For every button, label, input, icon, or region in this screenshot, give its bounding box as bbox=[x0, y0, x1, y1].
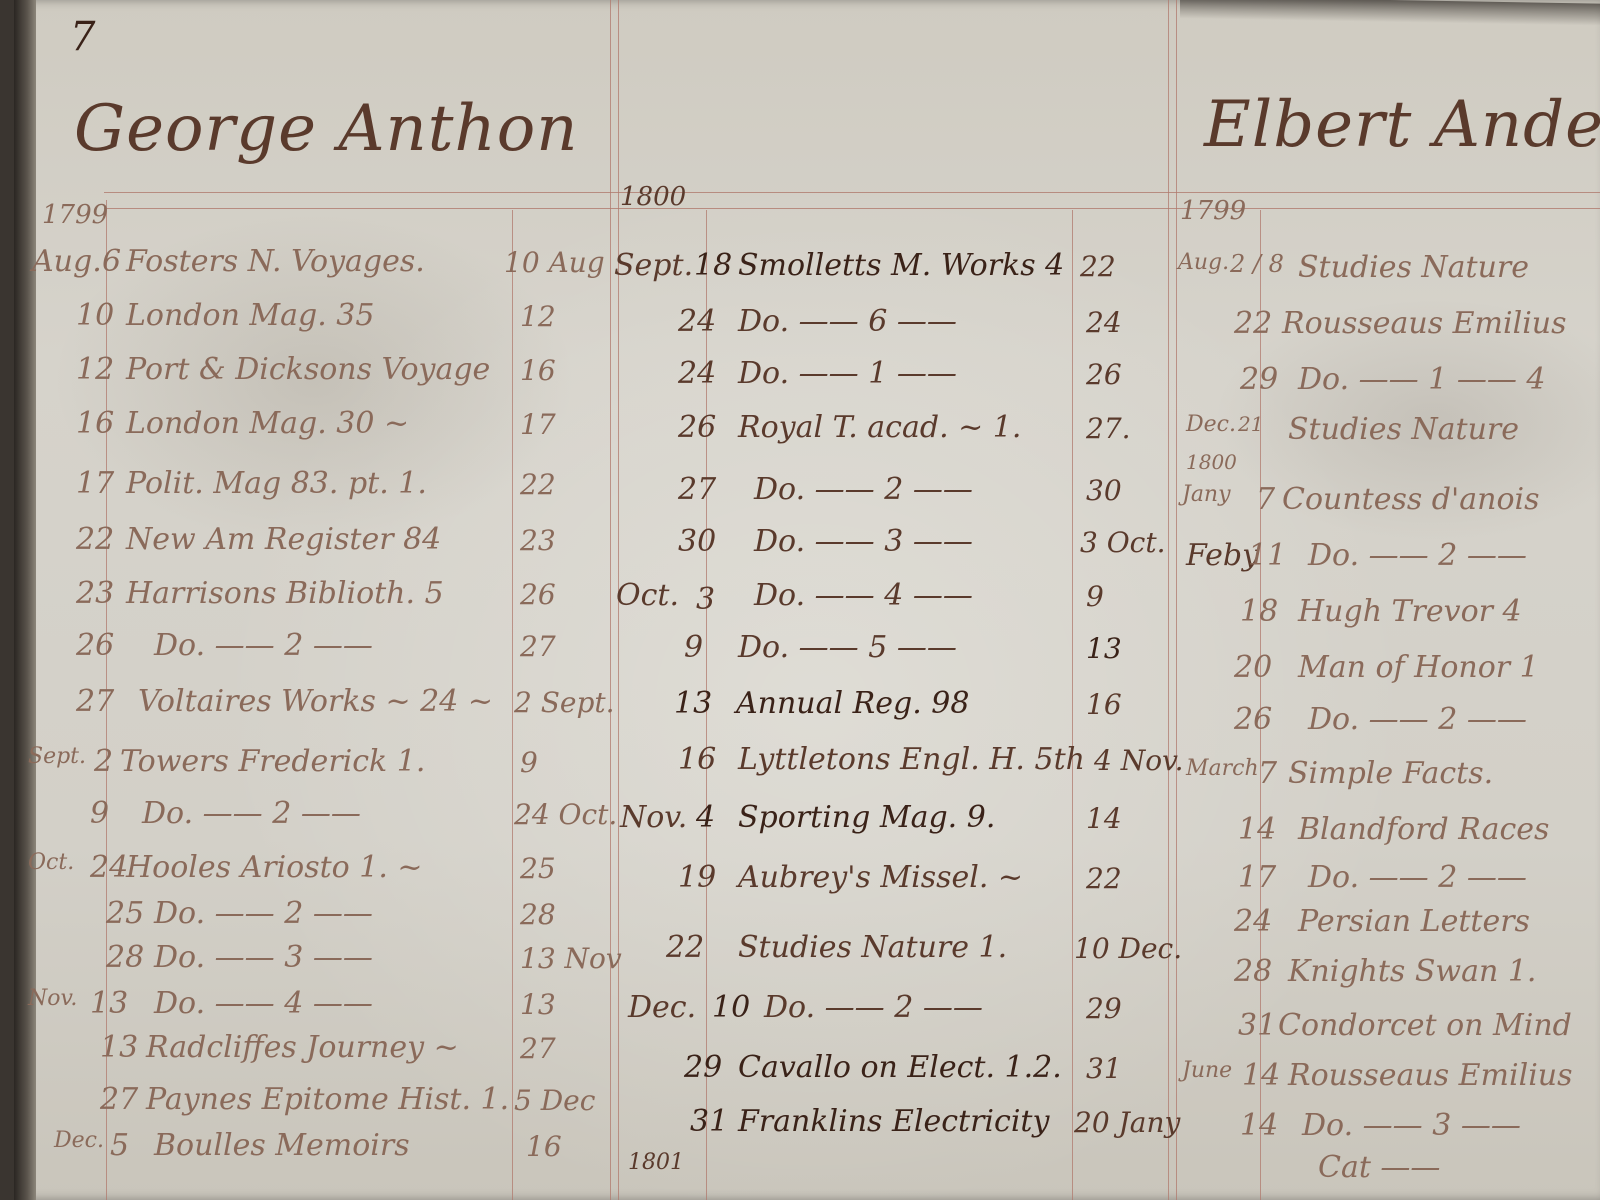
ledger-row: Aug. 6 Fosters N. Voyages. 10 Aug bbox=[14, 244, 614, 300]
entry-day: 16 bbox=[76, 406, 114, 441]
entry-month: Sept. bbox=[614, 248, 693, 283]
entry-month: March bbox=[1186, 756, 1259, 781]
entry-title: Do. —— 3 —— bbox=[154, 940, 373, 975]
entry-day: 13 bbox=[100, 1030, 138, 1065]
ledger-row: Oct. 3 Do. —— 4 —— 9 bbox=[614, 578, 1174, 634]
entry-day: 14 bbox=[1242, 1058, 1280, 1093]
ledger-row: 1801 bbox=[614, 1150, 1174, 1200]
ledger-row: 17 Polit. Mag 83. pt. 1. 22 bbox=[14, 466, 614, 522]
entry-month: Aug. bbox=[1178, 250, 1229, 275]
entry-day: 29 bbox=[1240, 362, 1278, 397]
ledger-row: 16 London Mag. 30 ~ 17 bbox=[14, 406, 614, 462]
entry-returned: 3 Oct. bbox=[1080, 526, 1166, 559]
entry-returned: 2 Sept. bbox=[514, 686, 615, 719]
entry-day: 4 bbox=[696, 800, 715, 835]
entry-day: 24 bbox=[678, 304, 716, 339]
ledger-row: 12 Port & Dicksons Voyage 16 bbox=[14, 352, 614, 408]
entry-returned: 17 bbox=[520, 408, 556, 441]
entry-day: 7 bbox=[1258, 756, 1277, 791]
entry-returned: 9 bbox=[520, 746, 538, 779]
entry-title: Do. —— 3 —— bbox=[1302, 1108, 1521, 1143]
ledger-row: 19 Aubrey's Missel. ~ 22 bbox=[614, 860, 1174, 916]
ledger-row: Feby 11 Do. —— 2 —— bbox=[1178, 538, 1598, 594]
entry-returned: 30 bbox=[1086, 474, 1122, 507]
ledger-row: 31 Condorcet on Mind bbox=[1178, 1008, 1598, 1064]
ledger-row: Dec. 5 Boulles Memoirs 16 bbox=[14, 1128, 614, 1184]
ledger-row: 16 Lyttletons Engl. H. 5th 4 Nov. bbox=[614, 742, 1174, 798]
entry-returned: 27. bbox=[1086, 412, 1131, 445]
column-rule bbox=[1176, 0, 1177, 1200]
entry-day: 28 bbox=[106, 940, 144, 975]
entry-title: Hooles Ariosto 1. ~ bbox=[126, 850, 423, 885]
entry-title: Do. —— 6 —— bbox=[738, 304, 957, 339]
entry-returned: 12 bbox=[520, 300, 556, 333]
entry-title: Sporting Mag. 9. bbox=[738, 800, 995, 835]
entry-title: Voltaires Works ~ 24 ~ bbox=[138, 684, 493, 719]
ledger-page: 7 George Anthon Elbert Anderson 1799 180… bbox=[14, 0, 1600, 1200]
ledger-row: March 7 Simple Facts. bbox=[1178, 756, 1598, 812]
entry-title: Smolletts M. Works 4 bbox=[738, 248, 1064, 283]
ledger-row: 22 New Am Register 84 23 bbox=[14, 522, 614, 578]
entry-day: 26 bbox=[76, 628, 114, 663]
entry-day: 2 bbox=[94, 744, 113, 779]
entry-day: 6 bbox=[102, 244, 121, 279]
entry-title: Blandford Races bbox=[1298, 812, 1549, 847]
entry-title: Studies Nature bbox=[1288, 412, 1519, 447]
entry-returned: 26 bbox=[520, 578, 556, 611]
entry-day: 14 bbox=[1238, 812, 1276, 847]
entry-month: Jany bbox=[1182, 482, 1231, 507]
entry-returned: 16 bbox=[520, 354, 556, 387]
header-rule bbox=[104, 192, 1600, 193]
ledger-row: Sept. 18 Smolletts M. Works 4 22 bbox=[614, 248, 1174, 304]
ledger-row: 26 Do. —— 2 —— bbox=[1178, 702, 1598, 758]
entry-title: Aubrey's Missel. ~ bbox=[738, 860, 1023, 895]
account-name-right: Elbert Anderson bbox=[1204, 88, 1600, 162]
year-left: 1799 bbox=[42, 200, 108, 230]
entry-day: 17 bbox=[76, 466, 114, 501]
entry-title: Fosters N. Voyages. bbox=[126, 244, 425, 279]
ledger-row: 27 Voltaires Works ~ 24 ~ 2 Sept. bbox=[14, 684, 614, 740]
ledger-row: Aug. 2 / 8 Studies Nature bbox=[1178, 250, 1598, 306]
entry-returned: 16 bbox=[1086, 688, 1122, 721]
entry-title: Countess d'anois bbox=[1282, 482, 1540, 517]
entry-title: Simple Facts. bbox=[1288, 756, 1493, 791]
entry-month: Sept. bbox=[28, 744, 86, 769]
entry-day: 31 bbox=[1238, 1008, 1276, 1043]
entry-month: June bbox=[1182, 1058, 1232, 1083]
entry-title: Do. —— 2 —— bbox=[154, 896, 373, 931]
entry-title: Franklins Electricity bbox=[738, 1104, 1049, 1139]
entry-returned: 10 Dec. bbox=[1074, 932, 1182, 965]
ledger-row: 13 Radcliffes Journey ~ 27 bbox=[14, 1030, 614, 1086]
entry-returned: 27 bbox=[520, 1032, 556, 1065]
entry-title: Polit. Mag 83. pt. 1. bbox=[126, 466, 427, 501]
entry-day: 24 bbox=[678, 356, 716, 391]
ledger-row: 26 Royal T. acad. ~ 1. 27. bbox=[614, 410, 1174, 466]
year-right: 1799 bbox=[1180, 196, 1246, 226]
entry-title: New Am Register 84 bbox=[126, 522, 441, 557]
entry-returned: 31 bbox=[1086, 1052, 1122, 1085]
entry-returned: 25 bbox=[520, 852, 556, 885]
entry-returned: 20 Jany bbox=[1074, 1106, 1180, 1139]
entry-day: 7 bbox=[1256, 482, 1275, 517]
entry-title: Port & Dicksons Voyage bbox=[126, 352, 490, 387]
entry-returned: 26 bbox=[1086, 358, 1122, 391]
entry-title: London Mag. 30 ~ bbox=[126, 406, 409, 441]
entry-title: Rousseaus Emilius bbox=[1288, 1058, 1573, 1093]
ledger-row: 26 Do. —— 2 —— 27 bbox=[14, 628, 614, 684]
entry-day: 17 bbox=[1238, 860, 1276, 895]
entry-day: 30 bbox=[678, 524, 716, 559]
entry-month: Dec. bbox=[1186, 412, 1236, 437]
ledger-row: 24 Persian Letters bbox=[1178, 904, 1598, 960]
page-shadow bbox=[1180, 0, 1600, 26]
entry-day: 19 bbox=[678, 860, 716, 895]
ledger-row: 18 Hugh Trevor 4 bbox=[1178, 594, 1598, 650]
entry-title: Do. —— 1 —— 4 bbox=[1298, 362, 1545, 397]
entry-day: 16 bbox=[678, 742, 716, 777]
entry-returned: 24 Oct. bbox=[514, 798, 617, 831]
entry-day: 22 bbox=[666, 930, 704, 965]
entry-day: 21 bbox=[1238, 412, 1263, 436]
entry-title: Cavallo on Elect. 1.2. bbox=[738, 1050, 1062, 1085]
entry-title: Do. —— 2 —— bbox=[1308, 538, 1527, 573]
ledger-row: 9 Do. —— 2 —— 24 Oct. bbox=[14, 796, 614, 852]
entry-returned: 27 bbox=[520, 630, 556, 663]
entry-day: 26 bbox=[1234, 702, 1272, 737]
entry-day: 18 bbox=[1240, 594, 1278, 629]
entry-title: Paynes Epitome Hist. 1. bbox=[146, 1082, 509, 1117]
entry-day: 24 bbox=[90, 850, 128, 885]
entry-title: Harrisons Biblioth. 5 bbox=[126, 576, 444, 611]
entry-day: 18 bbox=[694, 248, 732, 283]
entry-month: Dec. bbox=[628, 990, 696, 1025]
ledger-row: 24 Do. —— 1 —— 26 bbox=[614, 356, 1174, 412]
ledger-row: 22 Studies Nature 1. 10 Dec. bbox=[614, 930, 1174, 986]
entry-day: 13 bbox=[90, 986, 128, 1021]
entry-returned: 5 Dec bbox=[514, 1084, 595, 1117]
entry-title: Towers Frederick 1. bbox=[120, 744, 425, 779]
entry-month: Nov. bbox=[620, 800, 687, 835]
entry-day: 5 bbox=[110, 1128, 129, 1163]
entry-day: 10 bbox=[76, 298, 114, 333]
entry-title: Radcliffes Journey ~ bbox=[146, 1030, 459, 1065]
entry-title: Studies Nature bbox=[1298, 250, 1529, 285]
entry-returned: 24 bbox=[1086, 306, 1122, 339]
entry-returned: 28 bbox=[520, 898, 556, 931]
entry-month: Dec. bbox=[54, 1128, 104, 1153]
entry-year: 1800 bbox=[1186, 450, 1237, 474]
entry-title: Do. —— 1 —— bbox=[738, 356, 957, 391]
ledger-row: June 14 Rousseaus Emilius bbox=[1178, 1058, 1598, 1114]
entry-month: Oct. bbox=[28, 850, 74, 875]
entry-title: Do. —— 4 —— bbox=[754, 578, 973, 613]
entry-title: Studies Nature 1. bbox=[738, 930, 1007, 965]
entry-title: Royal T. acad. ~ 1. bbox=[738, 410, 1021, 445]
entry-day: 14 bbox=[1240, 1108, 1278, 1143]
entry-day: 27 bbox=[76, 684, 114, 719]
ledger-row: 22 Rousseaus Emilius bbox=[1178, 306, 1598, 362]
entry-title: Condorcet on Mind bbox=[1278, 1008, 1572, 1043]
entry-title: London Mag. 35 bbox=[126, 298, 374, 333]
entry-returned: 13 bbox=[520, 988, 556, 1021]
ledger-row: 20 Man of Honor 1 bbox=[1178, 650, 1598, 706]
entry-title: Do. —— 5 —— bbox=[738, 630, 957, 665]
ledger-row: 28 Knights Swan 1. bbox=[1178, 954, 1598, 1010]
ledger-row: Dec. 10 Do. —— 2 —— 29 bbox=[614, 990, 1174, 1046]
entry-title: Do. —— 3 —— bbox=[754, 524, 973, 559]
entry-day: 13 bbox=[674, 686, 712, 721]
entry-returned: 9 bbox=[1086, 580, 1104, 613]
entry-day: 3 bbox=[696, 582, 715, 617]
ledger-row: 30 Do. —— 3 —— 3 Oct. bbox=[614, 524, 1174, 580]
entry-day: 22 bbox=[1234, 306, 1272, 341]
entry-day: 27 bbox=[678, 472, 716, 507]
entry-day: 25 bbox=[106, 896, 144, 931]
entry-day: 27 bbox=[100, 1082, 138, 1117]
ledger-row: Jany 7 Countess d'anois bbox=[1178, 482, 1598, 538]
ledger-row: 9 Do. —— 5 —— 13 bbox=[614, 630, 1174, 686]
entry-title: Hugh Trevor 4 bbox=[1298, 594, 1522, 629]
ledger-row: Cat —— bbox=[1178, 1150, 1598, 1200]
ledger-row: 29 Do. —— 1 —— 4 bbox=[1178, 362, 1598, 418]
account-name-left: George Anthon bbox=[74, 92, 578, 166]
entry-title: Do. —— 2 —— bbox=[1308, 860, 1527, 895]
page-number: 7 bbox=[70, 14, 95, 60]
entry-title: Do. —— 2 —— bbox=[154, 628, 373, 663]
ledger-row: 23 Harrisons Biblioth. 5 26 bbox=[14, 576, 614, 632]
entry-title: Do. —— 2 —— bbox=[142, 796, 361, 831]
entry-day: 20 bbox=[1234, 650, 1272, 685]
entry-month: Nov. bbox=[28, 986, 77, 1011]
header-rule bbox=[104, 208, 1600, 209]
entry-title: Boulles Memoirs bbox=[154, 1128, 410, 1163]
entry-returned: 13 bbox=[1086, 632, 1122, 665]
ledger-row: 29 Cavallo on Elect. 1.2. 31 bbox=[614, 1050, 1174, 1106]
entry-day: 23 bbox=[76, 576, 114, 611]
entry-year: 1801 bbox=[628, 1150, 684, 1175]
entry-returned: 22 bbox=[520, 468, 556, 501]
entry-returned: 14 bbox=[1086, 802, 1122, 835]
entry-day: 26 bbox=[678, 410, 716, 445]
ledger-row: 10 London Mag. 35 12 bbox=[14, 298, 614, 354]
entry-title: Rousseaus Emilius bbox=[1282, 306, 1567, 341]
entry-title: Annual Reg. 98 bbox=[736, 686, 969, 721]
entry-returned: 29 bbox=[1086, 992, 1122, 1025]
year-middle: 1800 bbox=[620, 182, 686, 212]
entry-title: Cat —— bbox=[1318, 1150, 1440, 1185]
ledger-row: 13 Annual Reg. 98 16 bbox=[614, 686, 1174, 742]
entry-title: Do. —— 2 —— bbox=[754, 472, 973, 507]
entry-returned: 22 bbox=[1086, 862, 1122, 895]
entry-title: Do. —— 2 —— bbox=[1308, 702, 1527, 737]
entry-month: Oct. bbox=[616, 578, 679, 613]
entry-title: Do. —— 4 —— bbox=[154, 986, 373, 1021]
entry-day: 9 bbox=[684, 630, 703, 665]
entry-returned: 13 Nov bbox=[520, 942, 622, 975]
entry-title: Knights Swan 1. bbox=[1288, 954, 1536, 989]
entry-day: 28 bbox=[1234, 954, 1272, 989]
entry-day: 10 bbox=[712, 990, 750, 1025]
entry-title: Man of Honor 1 bbox=[1298, 650, 1539, 685]
entry-returned: 4 Nov. bbox=[1094, 744, 1183, 777]
ledger-row: 24 Do. —— 6 —— 24 bbox=[614, 304, 1174, 360]
entry-day: 24 bbox=[1234, 904, 1272, 939]
entry-day: 22 bbox=[76, 522, 114, 557]
entry-title: Do. —— 2 —— bbox=[764, 990, 983, 1025]
ledger-row: Sept. 2 Towers Frederick 1. 9 bbox=[14, 744, 614, 800]
entry-day: 12 bbox=[76, 352, 114, 387]
entry-returned: 10 Aug bbox=[504, 246, 605, 279]
entry-day: 9 bbox=[90, 796, 109, 831]
entry-day: 11 bbox=[1248, 538, 1286, 573]
entry-day: 2 / 8 bbox=[1230, 250, 1284, 278]
entry-title: Persian Letters bbox=[1298, 904, 1530, 939]
ledger-row: 27 Do. —— 2 —— 30 bbox=[614, 472, 1174, 528]
entry-day: 29 bbox=[684, 1050, 722, 1085]
entry-month: Aug. bbox=[32, 244, 102, 279]
entry-title: Lyttletons Engl. H. 5th bbox=[738, 742, 1085, 777]
ledger-row: Nov. 4 Sporting Mag. 9. 14 bbox=[614, 800, 1174, 856]
entry-returned: 16 bbox=[526, 1130, 562, 1163]
entry-returned: 23 bbox=[520, 524, 556, 557]
entry-day: 31 bbox=[690, 1104, 728, 1139]
entry-returned: 22 bbox=[1080, 250, 1116, 283]
